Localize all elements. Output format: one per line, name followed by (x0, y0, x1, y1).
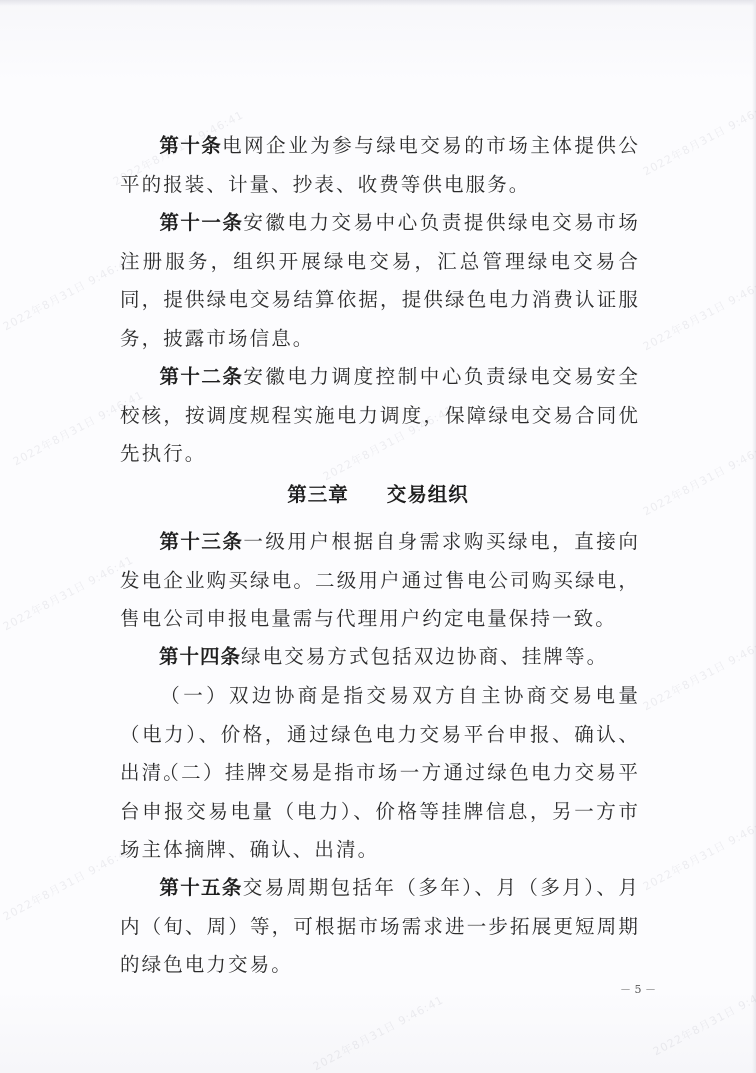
chapter-title: 交易组织 (387, 483, 469, 506)
article-15: 第十五条交易周期包括年（多年）、月（多月）、月内（旬、周）等，可根据市场需求进一… (120, 869, 640, 985)
article-12: 第十二条安徽电力调度控制中心负责绿电交易安全校核，按调度规程实施电力调度，保障绿… (120, 358, 640, 474)
article-10: 第十条电网企业为参与绿电交易的市场主体提供公平的报装、计量、抄表、收费等供电服务… (120, 127, 640, 204)
watermark: 2022年8月31日 9:46:41 (0, 842, 136, 925)
article-text: （二）挂牌交易是指市场一方通过绿色电力交易平台申报交易电量（电力）、价格等挂牌信… (120, 761, 640, 861)
watermark: 2022年8月31日 9:46:41 (640, 97, 756, 180)
watermark: 2022年8月31日 9:46:41 (310, 992, 446, 1073)
article-label: 第十三条 (159, 530, 243, 553)
article-11: 第十一条安徽电力交易中心负责提供绿电交易市场注册服务，组织开展绿电交易，汇总管理… (120, 204, 640, 358)
document-page: 2022年8月31日 9:46:41 2022年8月31日 9:46:41 20… (0, 0, 756, 1073)
watermark: 2022年8月31日 9:46:41 (640, 812, 756, 895)
article-14-item-2: （二）挂牌交易是指市场一方通过绿色电力交易平台申报交易电量（电力）、价格等挂牌信… (120, 754, 640, 870)
chapter-heading: 第三章交易组织 (0, 480, 756, 510)
watermark: 2022年8月31日 9:46:41 (640, 272, 756, 355)
watermark: 2022年8月31日 9:46:41 (0, 552, 136, 635)
article-label: 第十条 (159, 134, 222, 157)
page-number: － 5 － (620, 981, 656, 997)
article-label: 第十一条 (159, 211, 243, 234)
chapter-number: 第三章 (287, 483, 349, 506)
article-13: 第十三条一级用户根据自身需求购买绿电，直接向发电企业购买绿电。二级用户通过售电公… (120, 523, 640, 639)
article-label: 第十四条 (159, 645, 241, 668)
article-text: 绿电交易方式包括双边协商、挂牌等。 (241, 645, 608, 668)
scan-right-edge (752, 0, 756, 1073)
watermark: 2022年8月31日 9:46:41 (0, 252, 136, 335)
scan-top-edge (0, 0, 756, 6)
article-14: 第十四条绿电交易方式包括双边协商、挂牌等。 (120, 638, 640, 677)
watermark: 2022年8月31日 9:46:41 (650, 977, 756, 1060)
article-label: 第十二条 (159, 365, 243, 388)
article-label: 第十五条 (159, 876, 243, 899)
watermark: 2022年8月31日 9:46:41 (640, 632, 756, 715)
